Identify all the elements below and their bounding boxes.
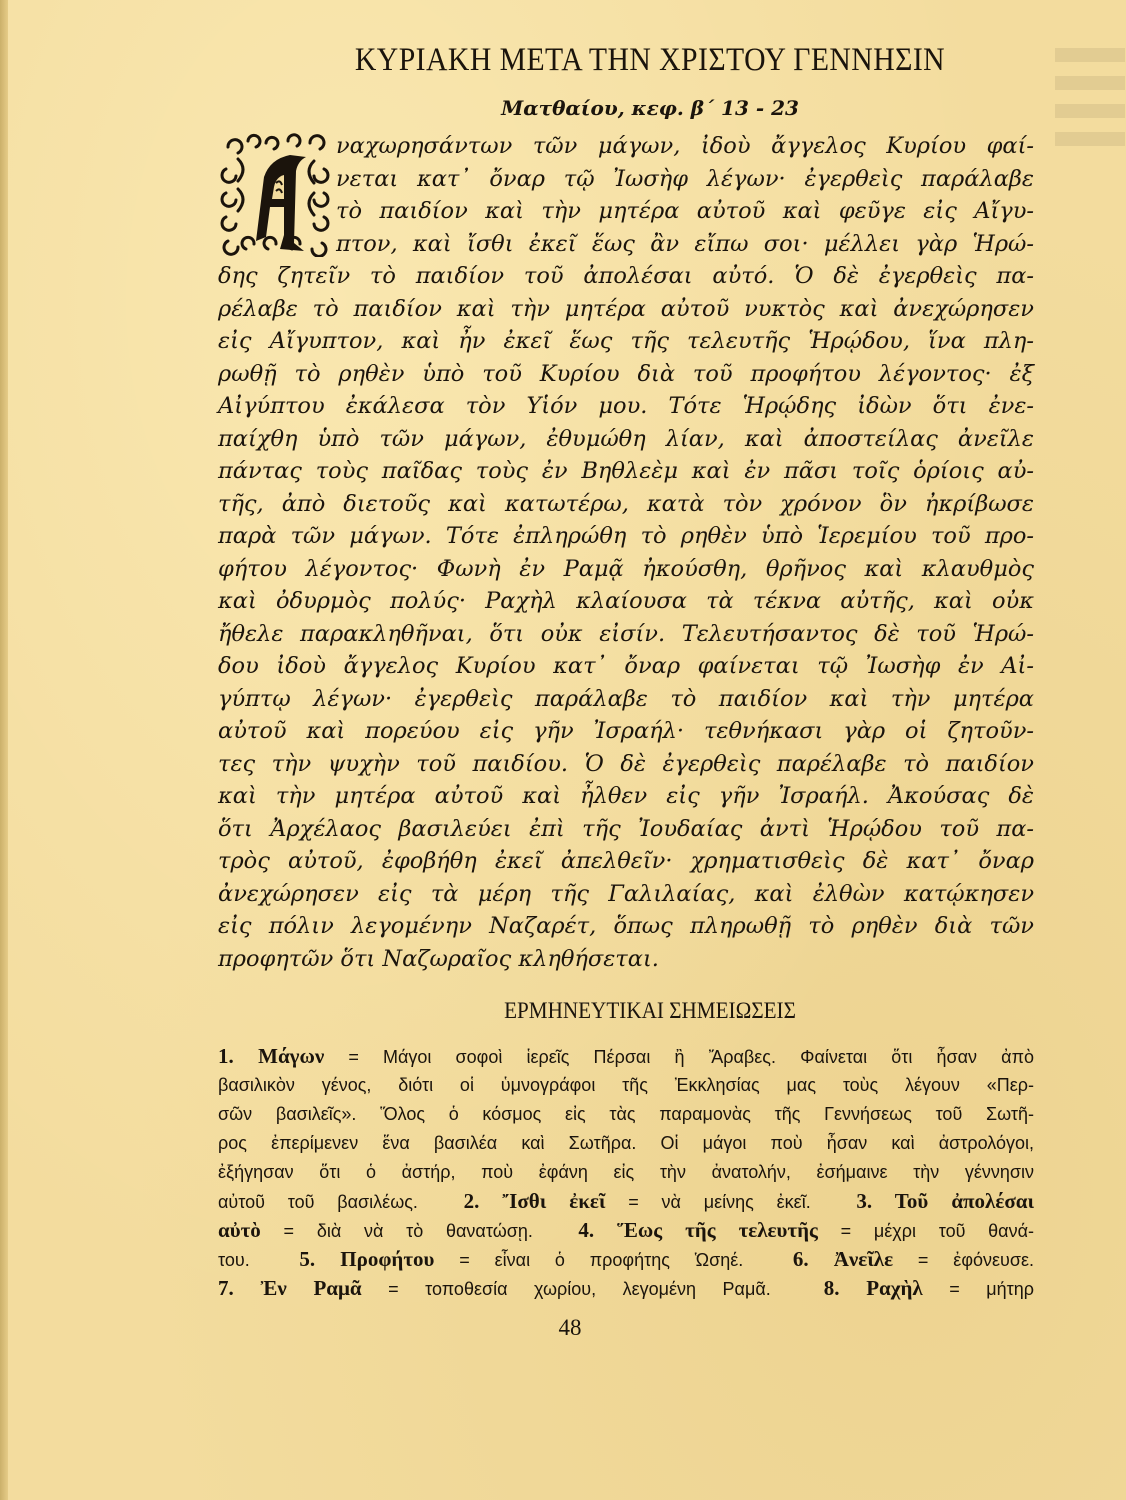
scripture-line: παρὰ τῶν μάγων. Τότε ἐπληρώθη τὸ ρηθὲν ὑ…	[218, 520, 1034, 553]
scripture-line: ρωθῇ τὸ ρηθὲν ὑπὸ τοῦ Κυρίου διὰ τοῦ προ…	[218, 358, 1034, 391]
scripture-line: ρέλαβε τὸ παιδίον καὶ τὴν μητέρα αὐτοῦ ν…	[218, 293, 1034, 326]
scripture-line: νεται κατ᾽ ὄναρ τῷ Ἰωσὴφ λέγων· ἐγερθεὶς…	[218, 163, 1034, 196]
scripture-line: Αἰγύπτου ἐκάλεσα τὸν Υἱόν μου. Τότε Ἡρῴδ…	[218, 390, 1034, 423]
note-line: βασιλικὸν γένος, διότι οἱ ὑμνογράφοι τῆς…	[218, 1071, 1034, 1100]
scripture-line: γύπτῳ λέγων· ἐγερθεὶς παράλαβε τὸ παιδίο…	[218, 683, 1034, 716]
note-line: του. 5. Προφήτου = εἶναι ὁ προφήτης Ὡσηέ…	[218, 1245, 1034, 1274]
note-term: αὐτὸ	[218, 1218, 261, 1242]
note-text: = ἐφόνευσε.	[893, 1250, 1034, 1270]
scripture-line: δης ζητεῖν τὸ παιδίον τοῦ ἀπολέσαι αὐτό.…	[218, 260, 1034, 293]
page-binding-edge	[0, 0, 8, 1500]
note-term: 5. Προφήτου	[299, 1247, 434, 1271]
note-line: 7. Ἐν Ραμᾶ = τοποθεσία χωρίου, λεγομένη …	[218, 1274, 1034, 1303]
scripture-passage: ναχωρησάντων τῶν μάγων, ἰδοὺ ἄγγελος Κυρ…	[218, 130, 1034, 975]
note-line: σῶν βασιλεῖς». Ὅλος ὁ κόσμος εἰς τὰς παρ…	[218, 1100, 1034, 1129]
note-line: ρος ἐπερίμενεν ἕνα βασιλέα καὶ Σωτῆρα. Ο…	[218, 1129, 1034, 1158]
note-term: 1. Μάγων	[218, 1044, 324, 1068]
note-term: 8. Ραχὴλ	[824, 1276, 923, 1300]
note-text: σῶν βασιλεῖς». Ὅλος ὁ κόσμος εἰς τὰς παρ…	[218, 1104, 1034, 1124]
scripture-line: ναχωρησάντων τῶν μάγων, ἰδοὺ ἄγγελος Κυρ…	[218, 130, 1034, 163]
scripture-line: ἀνεχώρησεν εἰς τὰ μέρη τῆς Γαλιλαίας, κα…	[218, 878, 1034, 911]
scripture-line: πτον, καὶ ἴσθι ἐκεῖ ἕως ἂν εἴπω σοι· μέλ…	[218, 228, 1034, 261]
notes-heading: ΕΡΜΗΝΕΥΤΙΚΑΙ ΣΗΜΕΙΩΣΕΙΣ	[236, 998, 1064, 1024]
note-text: αὐτοῦ τοῦ βασιλέως.	[218, 1192, 464, 1212]
note-text: = εἶναι ὁ προφήτης Ὡσηέ.	[434, 1250, 792, 1270]
scripture-line: αὐτοῦ καὶ πορεύου εἰς γῆν Ἰσραήλ· τεθνήκ…	[218, 715, 1034, 748]
scripture-line: δου ἰδοὺ ἄγγελος Κυρίου κατ᾽ ὄναρ φαίνετ…	[218, 650, 1034, 683]
scripture-line: εἰς πόλιν λεγομένην Ναζαρέτ, ὅπως πληρωθ…	[218, 910, 1034, 943]
note-text: ρος ἐπερίμενεν ἕνα βασιλέα καὶ Σωτῆρα. Ο…	[218, 1133, 1034, 1153]
scripture-line: φήτου λέγοντος· Φωνὴ ἐν Ραμᾷ ἠκούσθη, θρ…	[218, 553, 1034, 586]
page-title: ΚΥΡΙΑΚΗ ΜΕΤΑ ΤΗΝ ΧΡΙΣΤΟΥ ΓΕΝΝΗΣΙΝ	[245, 42, 1055, 79]
note-text: = τοποθεσία χωρίου, λεγομένη Ραμᾶ.	[362, 1279, 824, 1299]
scripture-line: ὅτι Ἀρχέλαος βασιλεύει ἐπὶ τῆς Ἰουδαίας …	[218, 813, 1034, 846]
scripture-line: ἤθελε παρακληθῆναι, ὅτι οὐκ εἰσίν. Τελευ…	[218, 618, 1034, 651]
note-term: 7. Ἐν Ραμᾶ	[218, 1276, 362, 1300]
note-line: ἐξήγησαν ὅτι ὁ ἀστήρ, ποὺ ἐφάνη εἰς τὴν …	[218, 1158, 1034, 1187]
scripture-line: πάντας τοὺς παῖδας τοὺς ἐν Βηθλεὲμ καὶ ἐ…	[218, 455, 1034, 488]
note-line: αὐτοῦ τοῦ βασιλέως. 2. Ἴσθι ἐκεῖ = νὰ με…	[218, 1187, 1034, 1216]
scripture-reference: Ματθαίου, κεφ. β΄ 13 - 23	[200, 96, 1100, 120]
note-text: ἐξήγησαν ὅτι ὁ ἀστήρ, ποὺ ἐφάνη εἰς τὴν …	[218, 1162, 1034, 1182]
scripture-line: προφητῶν ὅτι Ναζωραῖος κληθήσεται.	[218, 943, 1034, 976]
note-text: = μήτηρ	[923, 1279, 1034, 1299]
note-text: βασιλικὸν γένος, διότι οἱ ὑμνογράφοι τῆς…	[218, 1075, 1034, 1095]
note-text: = νὰ μείνης ἐκεῖ.	[605, 1192, 856, 1212]
scripture-line: εἰς Αἴγυπτον, καὶ ἦν ἐκεῖ ἕως τῆς τελευτ…	[218, 325, 1034, 358]
note-line: αὐτὸ = διὰ νὰ τὸ θανατώσῃ. 4. Ἕως τῆς τε…	[218, 1216, 1034, 1245]
page-number: 48	[500, 1315, 640, 1341]
note-term: 3. Τοῦ ἀπολέσαι	[856, 1189, 1034, 1213]
scripture-line: τρὸς αὐτοῦ, ἐφοβήθη ἐκεῖ ἀπελθεῖν· χρημα…	[218, 845, 1034, 878]
scripture-line: καὶ τὴν μητέρα αὐτοῦ καὶ ἦλθεν εἰς γῆν Ἰ…	[218, 780, 1034, 813]
scripture-line: τὸ παιδίον καὶ τὴν μητέρα αὐτοῦ καὶ φεῦγ…	[218, 195, 1034, 228]
scripture-line: τῆς, ἀπὸ διετοῦς καὶ κατωτέρω, κατὰ τὸν …	[218, 488, 1034, 521]
scripture-line: παίχθη ὑπὸ τῶν μάγων, ἐθυμώθη λίαν, καὶ …	[218, 423, 1034, 456]
note-term: 2. Ἴσθι ἐκεῖ	[464, 1189, 606, 1213]
note-text: = μέχρι τοῦ θανά-	[818, 1221, 1034, 1241]
note-line: 1. Μάγων = Μάγοι σοφοὶ ἱερεῖς Πέρσαι ἢ Ἄ…	[218, 1042, 1034, 1071]
scripture-line: καὶ ὀδυρμὸς πολύς· Ραχὴλ κλαίουσα τὰ τέκ…	[218, 585, 1034, 618]
note-text: του.	[218, 1250, 299, 1270]
note-term: 4. Ἕως τῆς τελευτῆς	[578, 1218, 818, 1242]
note-term: 6. Ἀνεῖλε	[793, 1247, 893, 1271]
note-text: = διὰ νὰ τὸ θανατώσῃ.	[261, 1221, 579, 1241]
note-text: = Μάγοι σοφοὶ ἱερεῖς Πέρσαι ἢ Ἄραβες. Φα…	[324, 1047, 1034, 1067]
explanatory-notes: 1. Μάγων = Μάγοι σοφοὶ ἱερεῖς Πέρσαι ἢ Ἄ…	[218, 1042, 1034, 1303]
scripture-line: τες τὴν ψυχὴν τοῦ παιδίου. Ὁ δὲ ἐγερθεὶς…	[218, 748, 1034, 781]
